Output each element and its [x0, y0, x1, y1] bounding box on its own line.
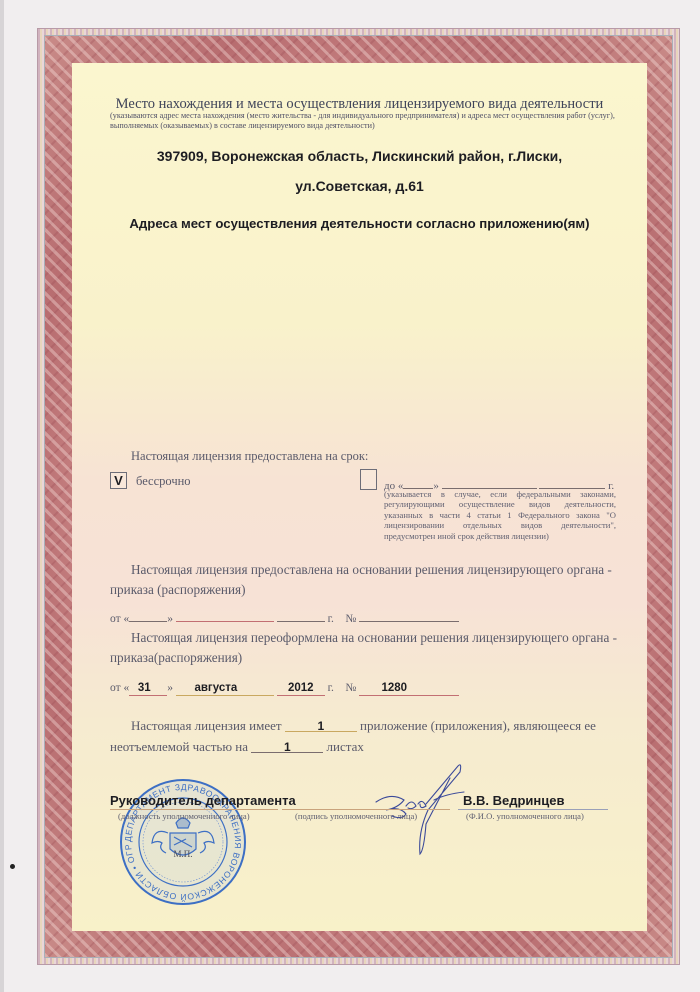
reissue-quote-close: » [167, 682, 173, 694]
signature-line [282, 809, 450, 810]
appendix-sheets-suffix: листах [327, 739, 364, 754]
perpetual-checkbox[interactable]: V [110, 472, 127, 489]
reissue-number-prefix: № [345, 682, 356, 694]
term-label: Настоящая лицензия предоставлена на срок… [131, 449, 368, 464]
basis-year-suffix: г. [328, 613, 334, 625]
reissue-day: 31 [129, 682, 159, 694]
reissue-month: августа [176, 682, 256, 694]
basis-month-blank [176, 608, 274, 622]
until-month-blank [442, 475, 537, 489]
stamp-mp-label: М.П. [173, 849, 192, 859]
position-line [110, 809, 278, 810]
handwritten-signature [366, 760, 466, 860]
name-line [458, 809, 608, 810]
basis-text: Настоящая лицензия предоставлена на осно… [110, 560, 630, 600]
name-caption: (Ф.И.О. уполномоченного лица) [466, 811, 584, 821]
until-date-note: (указывается в случае, если федеральными… [384, 489, 616, 541]
position-caption: (должность уполномоченного лица) [118, 811, 250, 821]
address-line-1: 397909, Воронежская область, Лискинский … [72, 148, 647, 164]
appendix-row: Настоящая лицензия имеет 1 приложение (п… [131, 718, 596, 734]
appendix-count: 1 [285, 719, 357, 733]
signatory-position: Руководитель департамента [110, 793, 296, 808]
reissue-year: 2012 [277, 682, 325, 694]
basis-number-prefix: № [345, 613, 356, 625]
reissue-order-row: от «31» августа 2012 г. № 1280 [110, 682, 459, 696]
reissue-year-suffix: г. [328, 682, 334, 694]
reissue-date-prefix: от « [110, 682, 129, 694]
basis-year-blank [277, 608, 325, 622]
appendix-sheets-row: неотъемлемой частью на 1 листах [110, 739, 364, 755]
basis-quote-close: » [167, 613, 173, 625]
scan-edge [0, 0, 4, 992]
signature-caption: (подпись уполномоченного лица) [295, 811, 417, 821]
signatory-name: В.В. Ведринцев [463, 793, 564, 808]
reissue-paragraph: Настоящая лицензия переоформлена на осно… [110, 628, 630, 668]
until-day-blank [403, 475, 433, 489]
basis-date-prefix: от « [110, 613, 129, 625]
address-appendix-note: Адреса мест осуществления деятельности с… [72, 216, 647, 231]
reissue-text: Настоящая лицензия переоформлена на осно… [110, 628, 630, 668]
appendix-suffix: приложение (приложения), являющееся ее [360, 718, 596, 733]
location-heading-note: (указываются адрес места нахождения (мес… [110, 111, 630, 131]
basis-order-row: от «» г. № [110, 608, 459, 625]
appendix-sheets-prefix: неотъемлемой частью на [110, 739, 248, 754]
appendix-sheets: 1 [251, 740, 323, 754]
scan-speck [10, 864, 15, 869]
until-date-checkbox[interactable] [360, 469, 377, 490]
reissue-number: 1280 [359, 682, 429, 694]
until-year-blank [539, 475, 605, 489]
appendix-prefix: Настоящая лицензия имеет [131, 718, 282, 733]
perpetual-label: бессрочно [136, 474, 191, 489]
basis-number-blank [359, 608, 459, 622]
basis-paragraph: Настоящая лицензия предоставлена на осно… [110, 560, 630, 600]
basis-day-blank [129, 608, 167, 622]
address-line-2: ул.Советская, д.61 [72, 178, 647, 194]
